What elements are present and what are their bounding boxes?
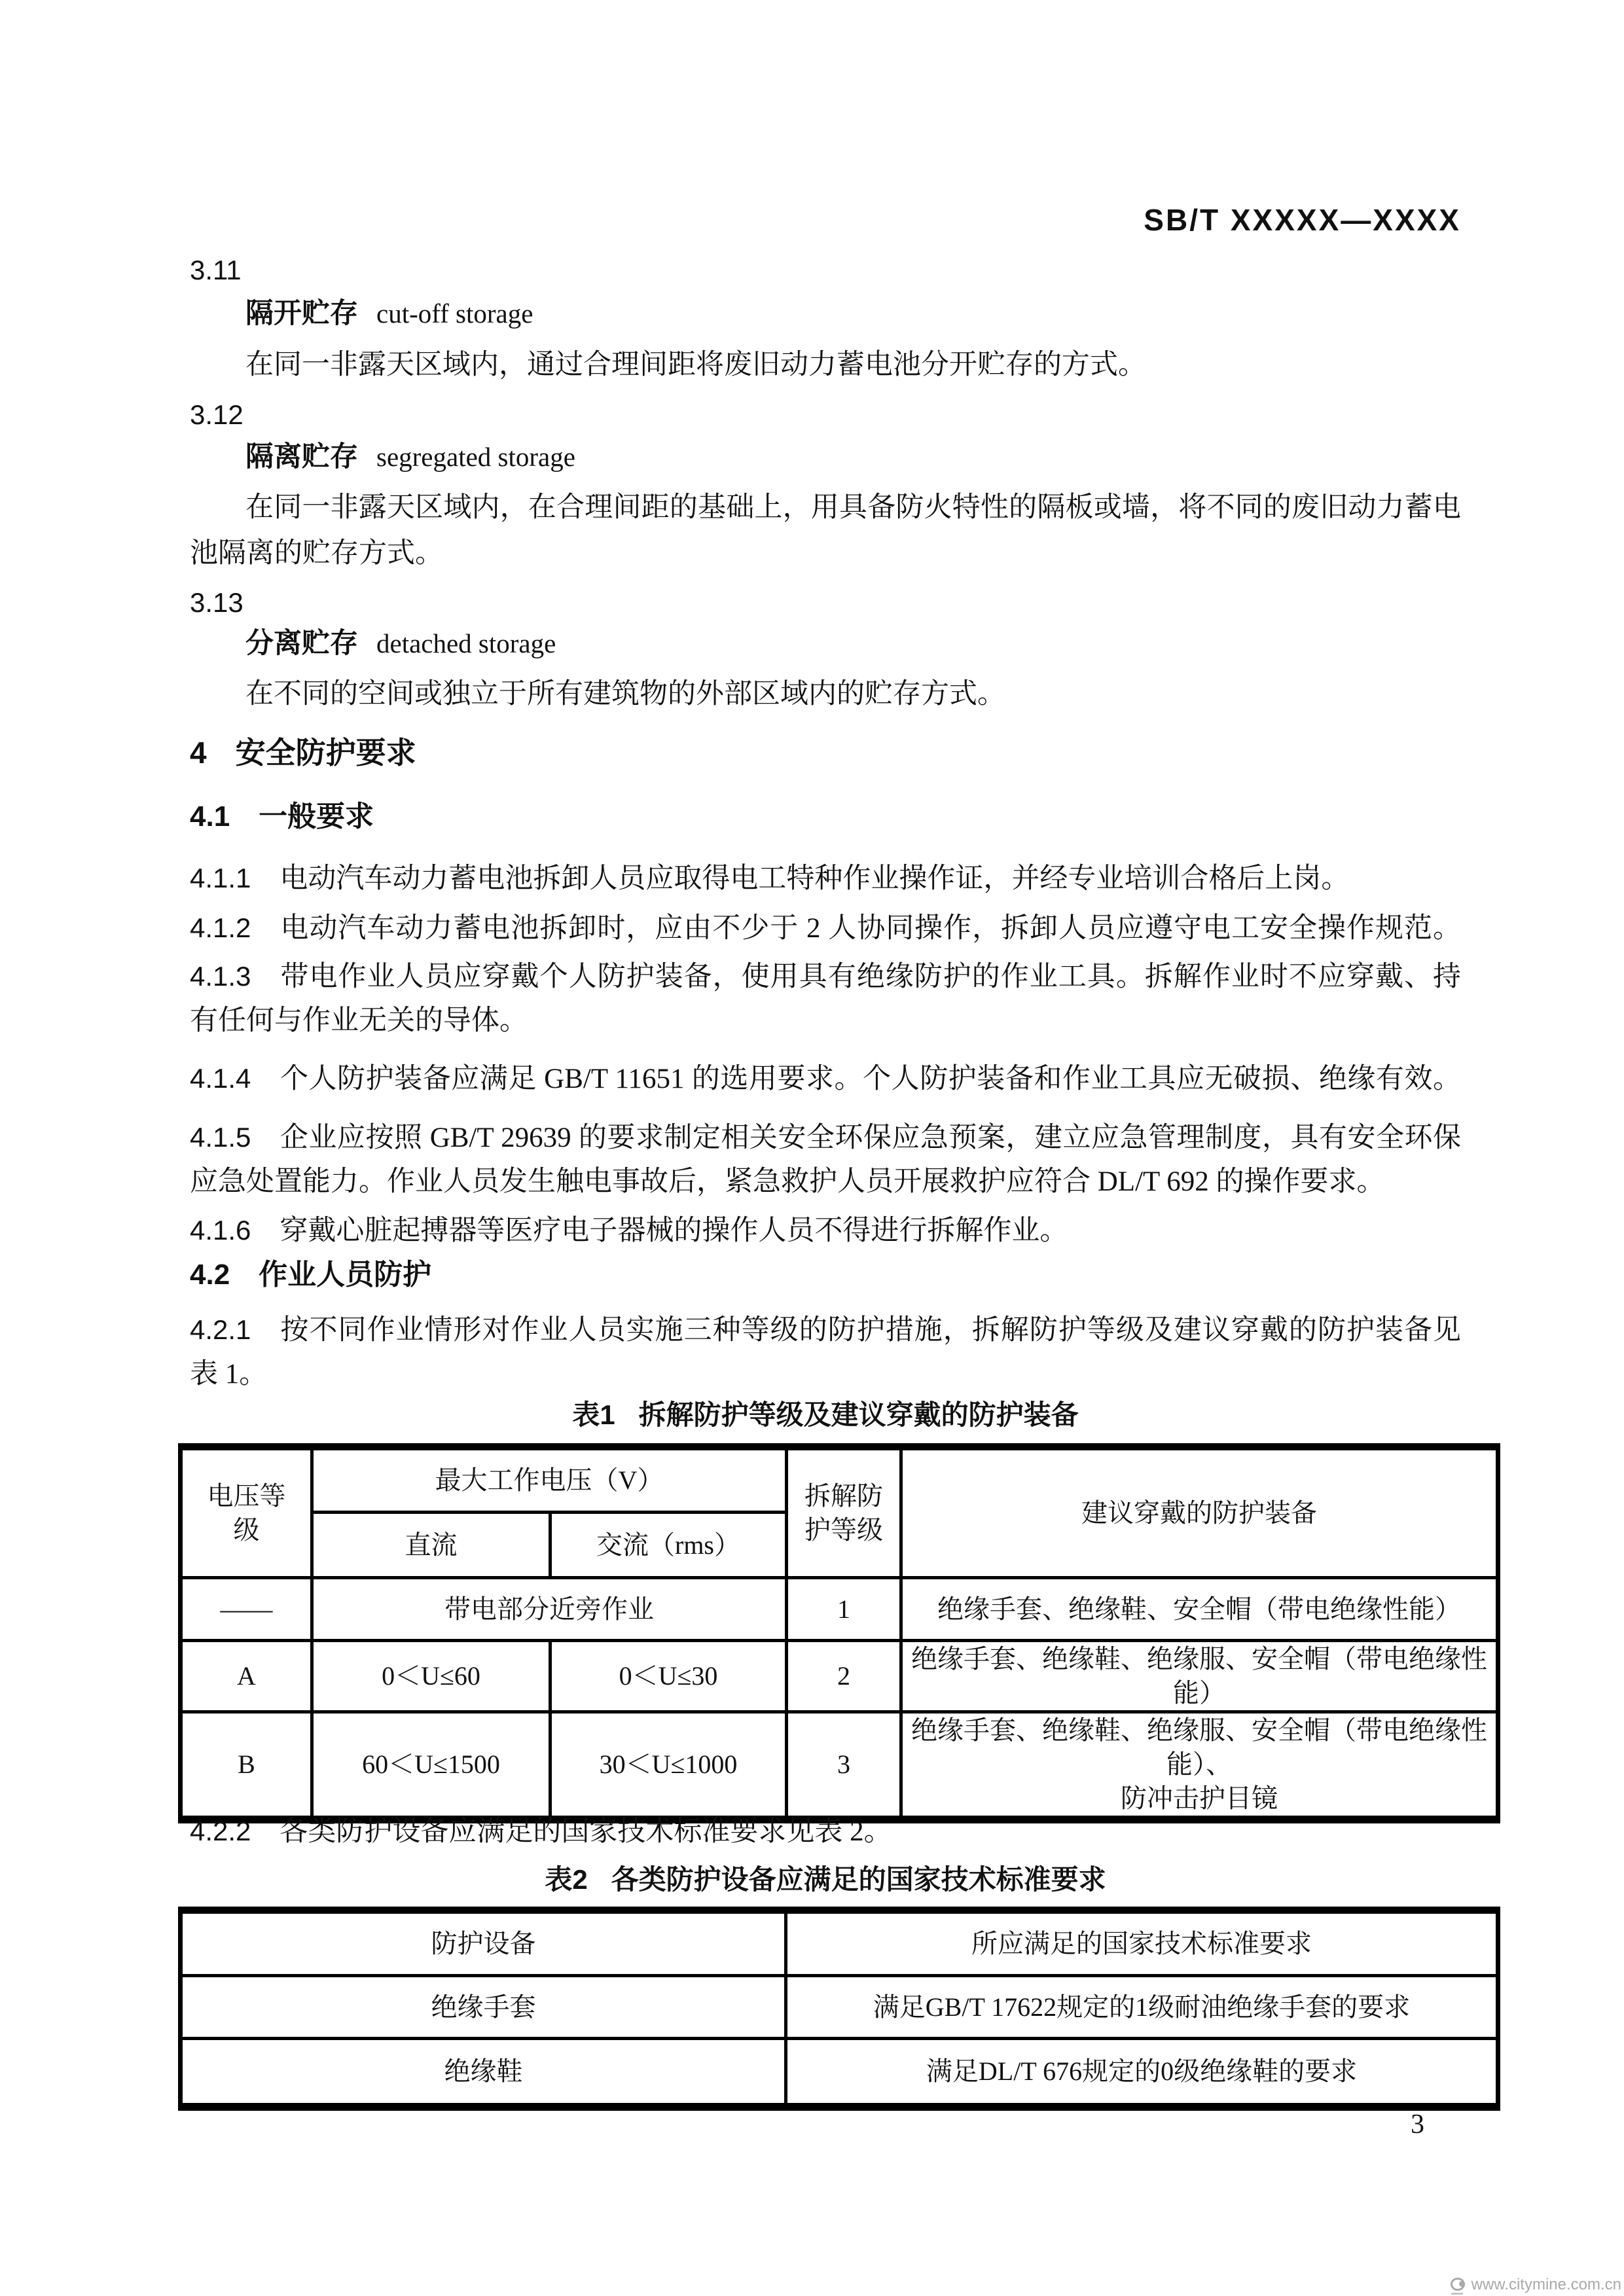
table1-protection-levels: 电压等 级 最大工作电压（V） 拆解防 护等级 建议穿戴的防护装备 直流 交流（… <box>178 1443 1500 1823</box>
cell-equipment: 绝缘手套、绝缘鞋、绝缘服、安全帽（带电绝缘性能） <box>901 1641 1498 1712</box>
clause-4-1-3-line2: 有任何与作业无关的导体。 <box>190 1001 1461 1041</box>
clause-text: 企业应按照 GB/T 29639 的要求制定相关安全环保应急预案，建立应急管理制… <box>280 1122 1461 1153</box>
citymine-logo-icon <box>1451 2278 1465 2292</box>
document-page: SB/T XXXXX—XXXX 3.11 隔开贮存cut-off storage… <box>0 0 1624 2296</box>
doc-code: SB/T XXXXX—XXXX <box>190 200 1461 240</box>
section-number: 4.2 <box>190 1259 230 1291</box>
section-4-1-heading: 4.1一般要求 <box>190 797 1461 836</box>
table1-caption: 表1拆解防护等级及建议穿戴的防护装备 <box>190 1395 1461 1435</box>
clause-text: 穿戴心脏起搏器等医疗电子器械的操作人员不得进行拆解作业。 <box>280 1215 1068 1246</box>
term-en: segregated storage <box>376 442 575 472</box>
watermark: www.citymine.com.cn <box>1451 2276 1621 2294</box>
term-en: cut-off storage <box>376 298 533 329</box>
clause-number: 4.2.1 <box>190 1314 251 1345</box>
cell-equipment: 绝缘手套、绝缘鞋、绝缘服、安全帽（带电绝缘性能）、 防冲击护目镜 <box>901 1712 1498 1820</box>
clause-number: 4.1.4 <box>190 1063 251 1094</box>
table1-header-voltage-class: 电压等 级 <box>181 1447 312 1578</box>
clause-number: 4.1.5 <box>190 1122 251 1153</box>
cell-condition: 带电部分近旁作业 <box>312 1578 787 1641</box>
cell-voltage-class: A <box>181 1641 312 1712</box>
table1-header-ac: 交流（rms） <box>550 1513 787 1578</box>
clause-4-1-4: 4.1.4个人防护装备应满足 GB/T 11651 的选用要求。个人防护装备和作… <box>190 1059 1461 1099</box>
table2-header-equipment: 防护设备 <box>181 1910 786 1976</box>
term-line-3-12: 隔离贮存segregated storage <box>190 437 1461 477</box>
cell-level: 3 <box>787 1712 901 1820</box>
table1-header-dc: 直流 <box>312 1513 550 1578</box>
clause-4-1-3-line1: 4.1.3带电作业人员应穿戴个人防护装备，使用具有绝缘防护的作业工具。拆解作业时… <box>190 957 1461 997</box>
term-cn: 隔离贮存 <box>245 441 358 473</box>
table1-caption-title: 拆解防护等级及建议穿戴的防护装备 <box>639 1399 1079 1430</box>
section-4-heading: 4安全防护要求 <box>190 733 1461 772</box>
cell-dc: 60＜U≤1500 <box>312 1712 550 1820</box>
section-4-2-heading: 4.2作业人员防护 <box>190 1255 1461 1295</box>
clause-text: 个人防护装备应满足 GB/T 11651 的选用要求。个人防护装备和作业工具应无… <box>280 1064 1461 1094</box>
cell-level: 2 <box>787 1641 901 1712</box>
table2-caption-label: 表2 <box>545 1864 587 1895</box>
term-cn: 隔开贮存 <box>245 298 358 329</box>
term-cn: 分离贮存 <box>245 628 358 659</box>
term-definition-line1: 在同一非露天区域内，在合理间距的基础上，用具备防火特性的隔板或墙，将不同的废旧动… <box>190 488 1461 528</box>
clause-text: 带电作业人员应穿戴个人防护装备，使用具有绝缘防护的作业工具。拆解作业时不应穿戴、… <box>280 961 1461 992</box>
section-title: 作业人员防护 <box>259 1259 431 1291</box>
clause-text: 按不同作业情形对作业人员实施三种等级的防护措施，拆解防护等级及建议穿戴的防护装备… <box>280 1315 1461 1346</box>
cell-voltage-class: B <box>181 1712 312 1820</box>
section-number: 4.1 <box>190 800 230 833</box>
clause-number: 4.1.2 <box>190 912 251 943</box>
term-number-3-12: 3.12 <box>190 395 1461 435</box>
table1-header-equipment: 建议穿戴的防护装备 <box>901 1447 1498 1578</box>
clause-text: 各类防护设备应满足的国家技术标准要求见表 2。 <box>280 1816 892 1847</box>
table-row: B 60＜U≤1500 30＜U≤1000 3 绝缘手套、绝缘鞋、绝缘服、安全帽… <box>181 1712 1498 1820</box>
table1-header-max-voltage: 最大工作电压（V） <box>312 1447 787 1513</box>
clause-number: 4.1.1 <box>190 863 251 893</box>
clause-4-1-6: 4.1.6穿戴心脏起搏器等医疗电子器械的操作人员不得进行拆解作业。 <box>190 1211 1461 1251</box>
term-number-3-11: 3.11 <box>190 251 1461 290</box>
clause-4-1-5-line2: 应急处置能力。作业人员发生触电事故后，紧急救护人员开展救护应符合 DL/T 69… <box>190 1162 1461 1202</box>
clause-number: 4.1.3 <box>190 961 251 992</box>
term-definition-line2: 池隔离的贮存方式。 <box>190 534 1461 573</box>
clause-number: 4.1.6 <box>190 1215 251 1246</box>
section-title: 一般要求 <box>259 800 374 833</box>
term-number-3-13: 3.13 <box>190 583 1461 622</box>
term-definition: 在不同的空间或独立于所有建筑物的外部区域内的贮存方式。 <box>190 675 1461 714</box>
table-row: 绝缘鞋 满足DL/T 676规定的0级绝缘鞋的要求 <box>181 2039 1498 2107</box>
clause-4-1-2: 4.1.2电动汽车动力蓄电池拆卸时，应由不少于 2 人协同操作，拆卸人员应遵守电… <box>190 908 1461 948</box>
term-en: detached storage <box>376 628 556 658</box>
cell-equipment: 绝缘手套、绝缘鞋、安全帽（带电绝缘性能） <box>901 1578 1498 1641</box>
cell-ac: 30＜U≤1000 <box>550 1712 787 1820</box>
cell-requirement: 满足DL/T 676规定的0级绝缘鞋的要求 <box>786 2039 1498 2107</box>
table2-equipment-standards: 防护设备 所应满足的国家技术标准要求 绝缘手套 满足GB/T 17622规定的1… <box>178 1907 1500 2111</box>
clause-4-2-1-line1: 4.2.1按不同作业情形对作业人员实施三种等级的防护措施，拆解防护等级及建议穿戴… <box>190 1310 1461 1350</box>
table1-header-protection-level: 拆解防 护等级 <box>787 1447 901 1578</box>
watermark-url: www.citymine.com.cn <box>1471 2276 1621 2294</box>
table-row: 绝缘手套 满足GB/T 17622规定的1级耐油绝缘手套的要求 <box>181 1976 1498 2039</box>
clause-number: 4.2.2 <box>190 1816 251 1846</box>
table-row: —— 带电部分近旁作业 1 绝缘手套、绝缘鞋、安全帽（带电绝缘性能） <box>181 1578 1498 1641</box>
term-definition: 在同一非露天区域内，通过合理间距将废旧动力蓄电池分开贮存的方式。 <box>190 346 1461 385</box>
term-line-3-11: 隔开贮存cut-off storage <box>190 294 1461 334</box>
cell-equipment: 绝缘鞋 <box>181 2039 786 2107</box>
table1-caption-label: 表1 <box>572 1399 615 1430</box>
table2-header-requirement: 所应满足的国家技术标准要求 <box>786 1910 1498 1976</box>
clause-4-1-5-line1: 4.1.5企业应按照 GB/T 29639 的要求制定相关安全环保应急预案，建立… <box>190 1118 1461 1158</box>
section-number: 4 <box>190 736 207 770</box>
cell-ac: 0＜U≤30 <box>550 1641 787 1712</box>
clause-text: 电动汽车动力蓄电池拆卸人员应取得电工特种作业操作证，并经专业培训合格后上岗。 <box>280 863 1349 894</box>
clause-text: 电动汽车动力蓄电池拆卸时，应由不少于 2 人协同操作，拆卸人员应遵守电工安全操作… <box>280 913 1461 944</box>
clause-4-2-1-line2: 表 1。 <box>190 1355 1461 1394</box>
page-number: 3 <box>1411 2109 1424 2140</box>
clause-4-2-2: 4.2.2各类防护设备应满足的国家技术标准要求见表 2。 <box>190 1812 1461 1852</box>
clause-4-1-1: 4.1.1电动汽车动力蓄电池拆卸人员应取得电工特种作业操作证，并经专业培训合格后… <box>190 859 1461 899</box>
cell-level: 1 <box>787 1578 901 1641</box>
cell-dc: 0＜U≤60 <box>312 1641 550 1712</box>
cell-equipment: 绝缘手套 <box>181 1976 786 2039</box>
term-line-3-13: 分离贮存detached storage <box>190 624 1461 664</box>
table2-caption-title: 各类防护设备应满足的国家技术标准要求 <box>611 1864 1106 1895</box>
section-title: 安全防护要求 <box>236 736 416 770</box>
cell-requirement: 满足GB/T 17622规定的1级耐油绝缘手套的要求 <box>786 1976 1498 2039</box>
table2-caption: 表2各类防护设备应满足的国家技术标准要求 <box>190 1860 1461 1899</box>
table-row: A 0＜U≤60 0＜U≤30 2 绝缘手套、绝缘鞋、绝缘服、安全帽（带电绝缘性… <box>181 1641 1498 1712</box>
cell-voltage-class: —— <box>181 1578 312 1641</box>
